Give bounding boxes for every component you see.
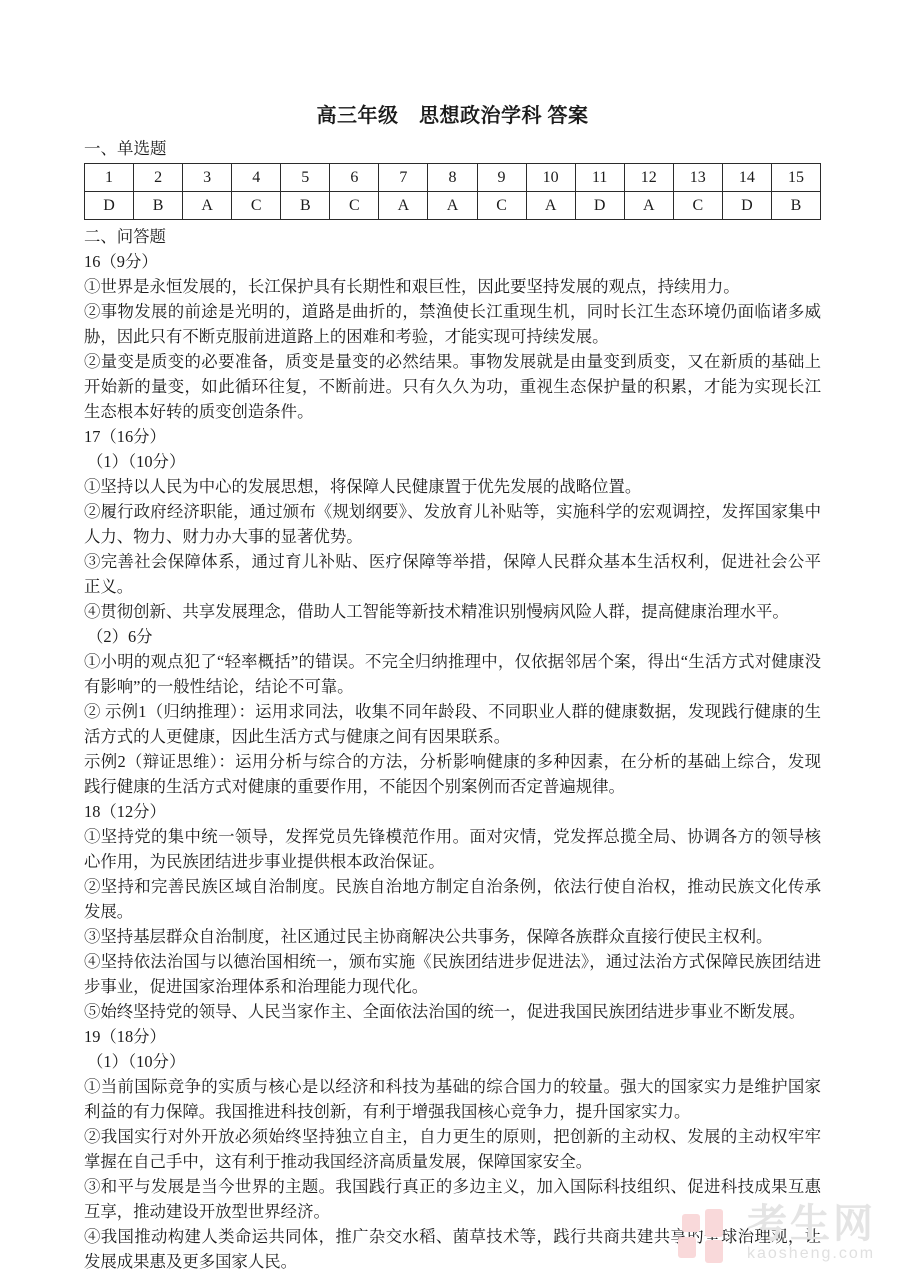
question-number-cell: 2 (134, 164, 183, 192)
answer-cell: A (379, 192, 428, 220)
q17-paragraph: ③完善社会保障体系，通过育儿补贴、医疗保障等举措，保障人民群众基本生活权利，促进… (84, 549, 821, 599)
question-number-cell: 13 (673, 164, 722, 192)
answer-cell: C (673, 192, 722, 220)
answer-cell: C (232, 192, 281, 220)
q19-subheading-1: （1）（10分） (84, 1049, 821, 1074)
question-number-cell: 9 (477, 164, 526, 192)
answer-cell: A (428, 192, 477, 220)
q16-paragraph: ②事物发展的前途是光明的，道路是曲折的，禁渔使长江重现生机，同时长江生态环境仍面… (84, 299, 821, 349)
question-number-cell: 1 (85, 164, 134, 192)
q16-paragraph: ①世界是永恒发展的，长江保护具有长期性和艰巨性，因此要坚持发展的观点，持续用力。 (84, 274, 821, 299)
question-number-cell: 3 (183, 164, 232, 192)
q17-paragraph: ①小明的观点犯了“轻率概括”的错误。不完全归纳推理中，仅依据邻居个案，得出“生活… (84, 649, 821, 699)
question-17-heading: 17（16分） (84, 424, 821, 449)
answer-table-number-row: 1 2 3 4 5 6 7 8 9 10 11 12 13 14 15 (85, 164, 821, 192)
answer-cell: C (330, 192, 379, 220)
q18-paragraph: ②坚持和完善民族区域自治制度。民族自治地方制定自治条例，依法行使自治权，推动民族… (84, 874, 821, 924)
q19-paragraph: ①当前国际竞争的实质与核心是以经济和科技为基础的综合国力的较量。强大的国家实力是… (84, 1074, 821, 1124)
question-number-cell: 6 (330, 164, 379, 192)
q17-paragraph: ②履行政府经济职能，通过颁布《规划纲要》、发放育儿补贴等，实施科学的宏观调控，发… (84, 499, 821, 549)
question-number-cell: 8 (428, 164, 477, 192)
page-title: 高三年级 思想政治学科 答案 (84, 103, 821, 130)
question-18: 18（12分） ①坚持党的集中统一领导，发挥党员先锋模范作用。面对灾情，党发挥总… (84, 799, 821, 1024)
answer-cell: D (85, 192, 134, 220)
question-number-cell: 7 (379, 164, 428, 192)
answer-cell: B (281, 192, 330, 220)
answer-cell: B (771, 192, 820, 220)
section-essay-label: 二、问答题 (84, 224, 821, 249)
question-number-cell: 12 (624, 164, 673, 192)
question-16-heading: 16（9分） (84, 249, 821, 274)
q17-paragraph: ④贯彻创新、共享发展理念，借助人工智能等新技术精准识别慢病风险人群，提高健康治理… (84, 599, 821, 624)
document-content: 高三年级 思想政治学科 答案 一、单选题 1 2 3 4 5 6 7 8 9 1… (84, 0, 821, 1273)
q18-paragraph: ⑤始终坚持党的领导、人民当家作主、全面依法治国的统一，促进我国民族团结进步事业不… (84, 999, 821, 1024)
watermark-site-name: 考生网 (747, 1204, 876, 1244)
kaosheng-watermark: 考生网 kaosheng.com (677, 1204, 876, 1263)
answer-cell: B (134, 192, 183, 220)
q17-paragraph: ①坚持以人民为中心的发展思想，将保障人民健康置于优先发展的战略位置。 (84, 474, 821, 499)
question-17: 17（16分） （1）（10分） ①坚持以人民为中心的发展思想，将保障人民健康置… (84, 424, 821, 799)
answer-table-answer-row: D B A C B C A A C A D A C D B (85, 192, 821, 220)
answer-table: 1 2 3 4 5 6 7 8 9 10 11 12 13 14 15 D B … (84, 163, 821, 220)
answer-cell: A (526, 192, 575, 220)
question-number-cell: 4 (232, 164, 281, 192)
q17-paragraph: 示例2（辩证思维）：运用分析与综合的方法，分析影响健康的多种因素，在分析的基础上… (84, 749, 821, 799)
answer-cell: A (183, 192, 232, 220)
kaosheng-logo-icon (677, 1205, 735, 1263)
q16-paragraph: ②量变是质变的必要准备，质变是量变的必然结果。事物发展就是由量变到质变，又在新质… (84, 349, 821, 424)
answer-cell: A (624, 192, 673, 220)
question-number-cell: 14 (722, 164, 771, 192)
question-number-cell: 11 (575, 164, 624, 192)
watermark-site-domain: kaosheng.com (747, 1245, 875, 1263)
q17-paragraph: ② 示例1（归纳推理）：运用求同法，收集不同年龄段、不同职业人群的健康数据，发现… (84, 699, 821, 749)
q17-subheading-1: （1）（10分） (84, 449, 821, 474)
question-16: 16（9分） ①世界是永恒发展的，长江保护具有长期性和艰巨性，因此要坚持发展的观… (84, 249, 821, 424)
q17-subheading-2: （2）6分 (84, 624, 821, 649)
section-choice-label: 一、单选题 (84, 138, 821, 160)
answer-cell: C (477, 192, 526, 220)
watermark-text: 考生网 kaosheng.com (747, 1204, 876, 1263)
answer-sheet-page: { "title": "高三年级 思想政治学科 答案", "choice": {… (0, 0, 900, 1273)
q18-paragraph: ①坚持党的集中统一领导，发挥党员先锋模范作用。面对灾情，党发挥总揽全局、协调各方… (84, 824, 821, 874)
question-number-cell: 15 (771, 164, 820, 192)
question-number-cell: 10 (526, 164, 575, 192)
q18-paragraph: ④坚持依法治国与以德治国相统一，颁布实施《民族团结进步促进法》，通过法治方式保障… (84, 949, 821, 999)
q19-paragraph: ②我国实行对外开放必须始终坚持独立自主，自力更生的原则，把创新的主动权、发展的主… (84, 1124, 821, 1174)
essay-section: 二、问答题 16（9分） ①世界是永恒发展的，长江保护具有长期性和艰巨性，因此要… (84, 224, 821, 1273)
answer-cell: D (575, 192, 624, 220)
question-19-heading: 19（18分） (84, 1024, 821, 1049)
question-18-heading: 18（12分） (84, 799, 821, 824)
q18-paragraph: ③坚持基层群众自治制度，社区通过民主协商解决公共事务，保障各族群众直接行使民主权… (84, 924, 821, 949)
question-number-cell: 5 (281, 164, 330, 192)
answer-cell: D (722, 192, 771, 220)
